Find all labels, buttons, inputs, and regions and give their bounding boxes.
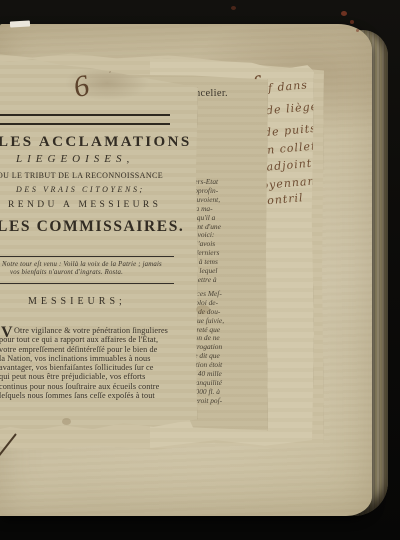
body-line: Otre vigilance & votre pénétration ſingu… [0, 326, 195, 335]
handwritten-number: 6 [70, 69, 93, 106]
epigraph-line-2: vos bienfaits n'auront d'ingrats. Rosta. [10, 269, 123, 276]
double-rule [0, 114, 170, 125]
title-line-2: LIEGEOISES, [16, 153, 134, 165]
red-stain [231, 6, 236, 10]
body-line: qui peut nous être préjudiciable, vos ef… [0, 372, 195, 381]
handwriting-fragment: f dans [268, 78, 309, 94]
body-line: votre empreſſement déſintéreſſé pour le … [0, 345, 195, 354]
book-scan: ʃ f dans de liège de puits ean collett l… [0, 0, 400, 540]
title-line-5: RENDU A MESSIEURS [8, 200, 161, 210]
handwriting-fragment: de liège [266, 100, 319, 117]
paper-blemish [62, 418, 71, 425]
title-line-4: DES VRAIS CITOYENS; [16, 185, 145, 194]
epigraph-line-1: Notre tour eſt venu : Voilà la voix de l… [2, 261, 162, 268]
red-stain [356, 29, 359, 32]
body-paragraph: Otre vigilance & votre pénétration ſingu… [0, 326, 195, 400]
salutation: MESSIEURS; [28, 296, 126, 307]
title-line-3: OU LE TRIBUT DE LA RECONNOISSANCE [0, 171, 163, 180]
title-line-6: LES COMMISSAIRES. [0, 218, 184, 236]
body-line: la Nation, vos inclinations immuables à … [0, 354, 195, 363]
paper-blemish [196, 305, 210, 314]
red-stain [341, 11, 347, 16]
red-stain [350, 20, 354, 24]
body-line: leſquels nous ſommes ſans ceſſe expoſés … [0, 391, 195, 400]
body-line: avantager, vos bienfaiſantes ſollicitude… [0, 363, 195, 372]
handwriting-fragment: de puits [264, 122, 318, 140]
rule [0, 283, 174, 284]
paper-sliver [10, 20, 30, 27]
body-line: pour tout ce qui a rapport aux affaires … [0, 335, 195, 344]
pamphlet-title-page: 6 7. LES ACCLAMATIONS LIEGEOISES, OU LE … [0, 56, 198, 436]
title-line-1: LES ACCLAMATIONS [0, 134, 192, 151]
rule [0, 256, 174, 257]
body-line: continus pour nous ſouſtraire aux écueil… [0, 382, 195, 391]
